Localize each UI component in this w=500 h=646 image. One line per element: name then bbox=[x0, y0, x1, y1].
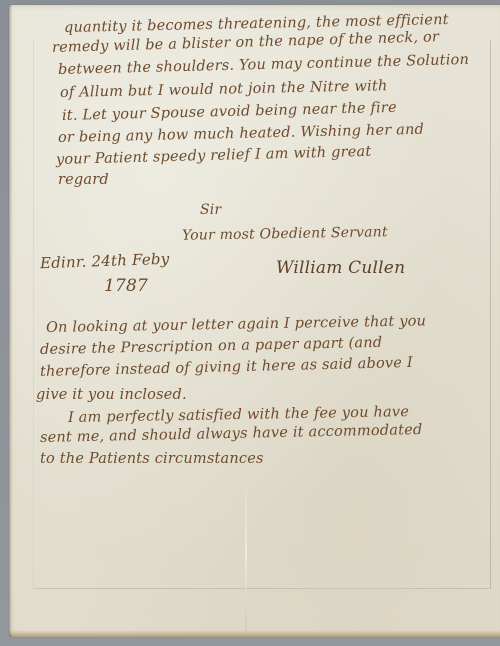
letter-line: regard bbox=[58, 170, 109, 190]
postscript-line: to the Patients circumstances bbox=[40, 449, 264, 469]
document-viewer: quantity it becomes threatening, the mos… bbox=[0, 0, 500, 646]
postscript-line: give it you inclosed. bbox=[36, 385, 187, 405]
dateline-year: 1787 bbox=[104, 276, 148, 296]
salutation-sir: Sir bbox=[200, 202, 221, 218]
paper-edge bbox=[9, 5, 12, 637]
paper-edge bbox=[9, 630, 500, 637]
signature: William Cullen bbox=[276, 258, 405, 278]
paper-crease bbox=[245, 470, 247, 636]
